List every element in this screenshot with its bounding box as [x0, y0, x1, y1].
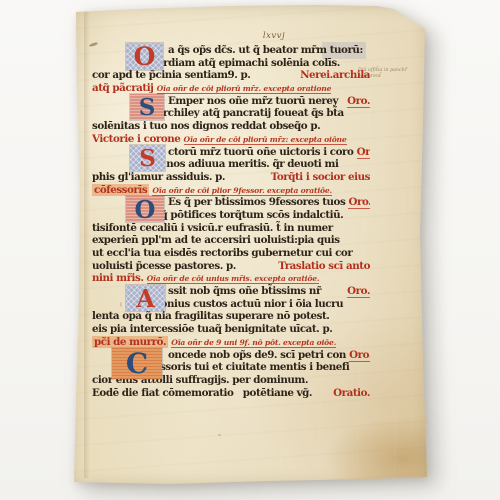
rubric-red: Victorie i corone — [92, 133, 184, 145]
text-line: ut eccl'ia tua eisdēs rectoribs gubernet… — [92, 247, 370, 260]
text-line: lenta opa q̃ nia fragilitas superare nō … — [92, 310, 370, 323]
oratio-marker: Oro. — [357, 146, 370, 159]
body-text: atq̃ pōtifices torq̃tum scōs indalctiū. — [150, 209, 343, 221]
text-line: cor apd̃ te p̃cinia sentiam9. p. Nerei.a… — [92, 69, 370, 82]
rubric-red-end: Oratio. — [330, 387, 370, 399]
body-text: ut eccl'ia tua eisdēs rectoribs gubernet… — [92, 247, 352, 259]
body-text: a q̃s op̃s dc̃s. ut q̃ beator mr̃m tuorū… — [168, 44, 363, 56]
body-text: i archiley atq̃ pancratij foueat q̃s bt̃… — [150, 107, 344, 119]
text-line: phis gl'iamur assiduis. p. Torq̃ti i soc… — [92, 171, 370, 184]
manuscript-leaf: lxvvj Diū offit̃ia in panchr̃ celebrent̃… — [68, 2, 432, 488]
oratio-marker: Oro. — [348, 196, 370, 209]
body-text: lenta opa q̃ nia fragilitas superare nō … — [92, 310, 329, 322]
body-text: experien̄ ppl'm ad te accersiri uoluisti… — [92, 234, 340, 246]
body-text: phis gl'iamur assiduis. p. — [92, 171, 228, 183]
text-line: Victorie i corone Oīa oñr de cōi pliorū … — [92, 133, 370, 146]
oratio-marker: Oro. — [347, 285, 370, 298]
rubric-red: atq̃ pãcratij — [92, 82, 157, 94]
parchment-crease — [84, 10, 90, 478]
rubric-cursive: Oīa oñr de cōi pliorū mr̃z. excepta orat… — [157, 84, 332, 94]
rubric-cursive: Oīa oñr de 9 uni 9f. nō pōt. excepta oiō… — [171, 338, 336, 348]
body-text: uoluisti p̃cesse pastores. p. — [92, 260, 239, 272]
text-line: eis pia intercessiōe tuaq̃ benignitate u… — [92, 323, 370, 336]
rubric-cursive: Oīa oñr de cōi plior 9fessor. excepta or… — [152, 186, 332, 196]
body-text: ssit nob q̃ms oñe bt̃issims nr̃ — [168, 285, 324, 297]
text-line: uoluisti p̃cesse pastores. p. Traslatio … — [92, 260, 370, 273]
illuminated-initial: A — [126, 285, 165, 311]
rubric-highlighted: pc̃i de murrō. — [92, 336, 168, 348]
body-text: Es q̃ per bt̃issimos 9fessores tuos — [168, 196, 348, 208]
oratio-marker: Oro. — [349, 349, 370, 362]
illuminated-initial: C — [112, 348, 162, 379]
body-text: solēnitas i tuo nos dignos reddat obseq̃… — [92, 120, 320, 132]
body-text: eis pia intercessiōe tuaq̃ benignitate u… — [92, 323, 332, 335]
text-line: solēnitas i tuo nos dignos reddat obseq̃… — [92, 120, 370, 133]
illuminated-initial: S — [130, 145, 165, 171]
body-text: gordiam atq̃ epimachi solēnia colīs. — [150, 57, 340, 69]
body-text: Emper nos oñe mr̃z tuorū nerey — [168, 95, 341, 107]
parchment-speck — [218, 434, 221, 436]
body-text: tisifontē cecaliū i vsicū.r eufrasiū. t̃… — [92, 222, 333, 234]
body-text: cor apd̃ te p̃cinia sentiam9. p. — [92, 69, 254, 81]
underlined-text: Eodē die fiat cōmemoratio — [92, 387, 233, 400]
text-line: experien̄ ppl'm ad te accersiri uoluisti… — [92, 234, 370, 247]
rubric-cursive: Oīa oñr de cōi unius mr̃is. excepta orat… — [147, 274, 320, 284]
rubric-red-end: Traslatio scī anto — [278, 260, 370, 272]
underlined-text: potētiane vg̃. — [243, 387, 312, 400]
illuminated-initial: S — [130, 94, 164, 120]
text-line: atq̃ pãcratij Oīa oñr de cōi pliorū mr̃z… — [92, 82, 370, 95]
body-text: átonius custos actuū nior i ōia lucru — [150, 298, 343, 310]
oratio-marker: Oro. — [347, 95, 370, 108]
folio-number: lxvvj — [244, 31, 304, 41]
rubric-red-end: Torq̃ti i socior eius — [271, 171, 370, 183]
photo-background: lxvvj Diū offit̃ia in panchr̃ celebrent̃… — [0, 0, 500, 500]
body-text: ctorū mr̃z tuorū oñe uictoris i coro — [168, 146, 357, 158]
body-text: oncede nob op̃s de9. scī petri con — [168, 349, 349, 361]
parchment: lxvvj Diū offit̃ia in panchr̃ celebrent̃… — [68, 2, 432, 488]
text-line: Eodē die fiat cōmemoratio potētiane vg̃.… — [92, 387, 370, 400]
illuminated-initial: O — [126, 43, 163, 70]
rubric-cursive: Oīa oñr de cōi pliorū mr̃z: excepta oiōn… — [184, 135, 347, 145]
text-line: tisifontē cecaliū i vsicū.r eufrasiū. t̃… — [92, 222, 370, 235]
body-text — [233, 387, 242, 399]
text-line: nini mr̃is. Oīa oñr de cōi unius mr̃is. … — [92, 272, 370, 285]
body-text: fessoris tui et ciuitate mentis i benefi — [150, 361, 349, 373]
body-text: ne nos adiuua meritis. q̃r deuoti mi — [150, 158, 338, 170]
illuminated-initial: O — [126, 196, 164, 222]
rubric-red-end: Nerei.archila — [300, 69, 370, 81]
